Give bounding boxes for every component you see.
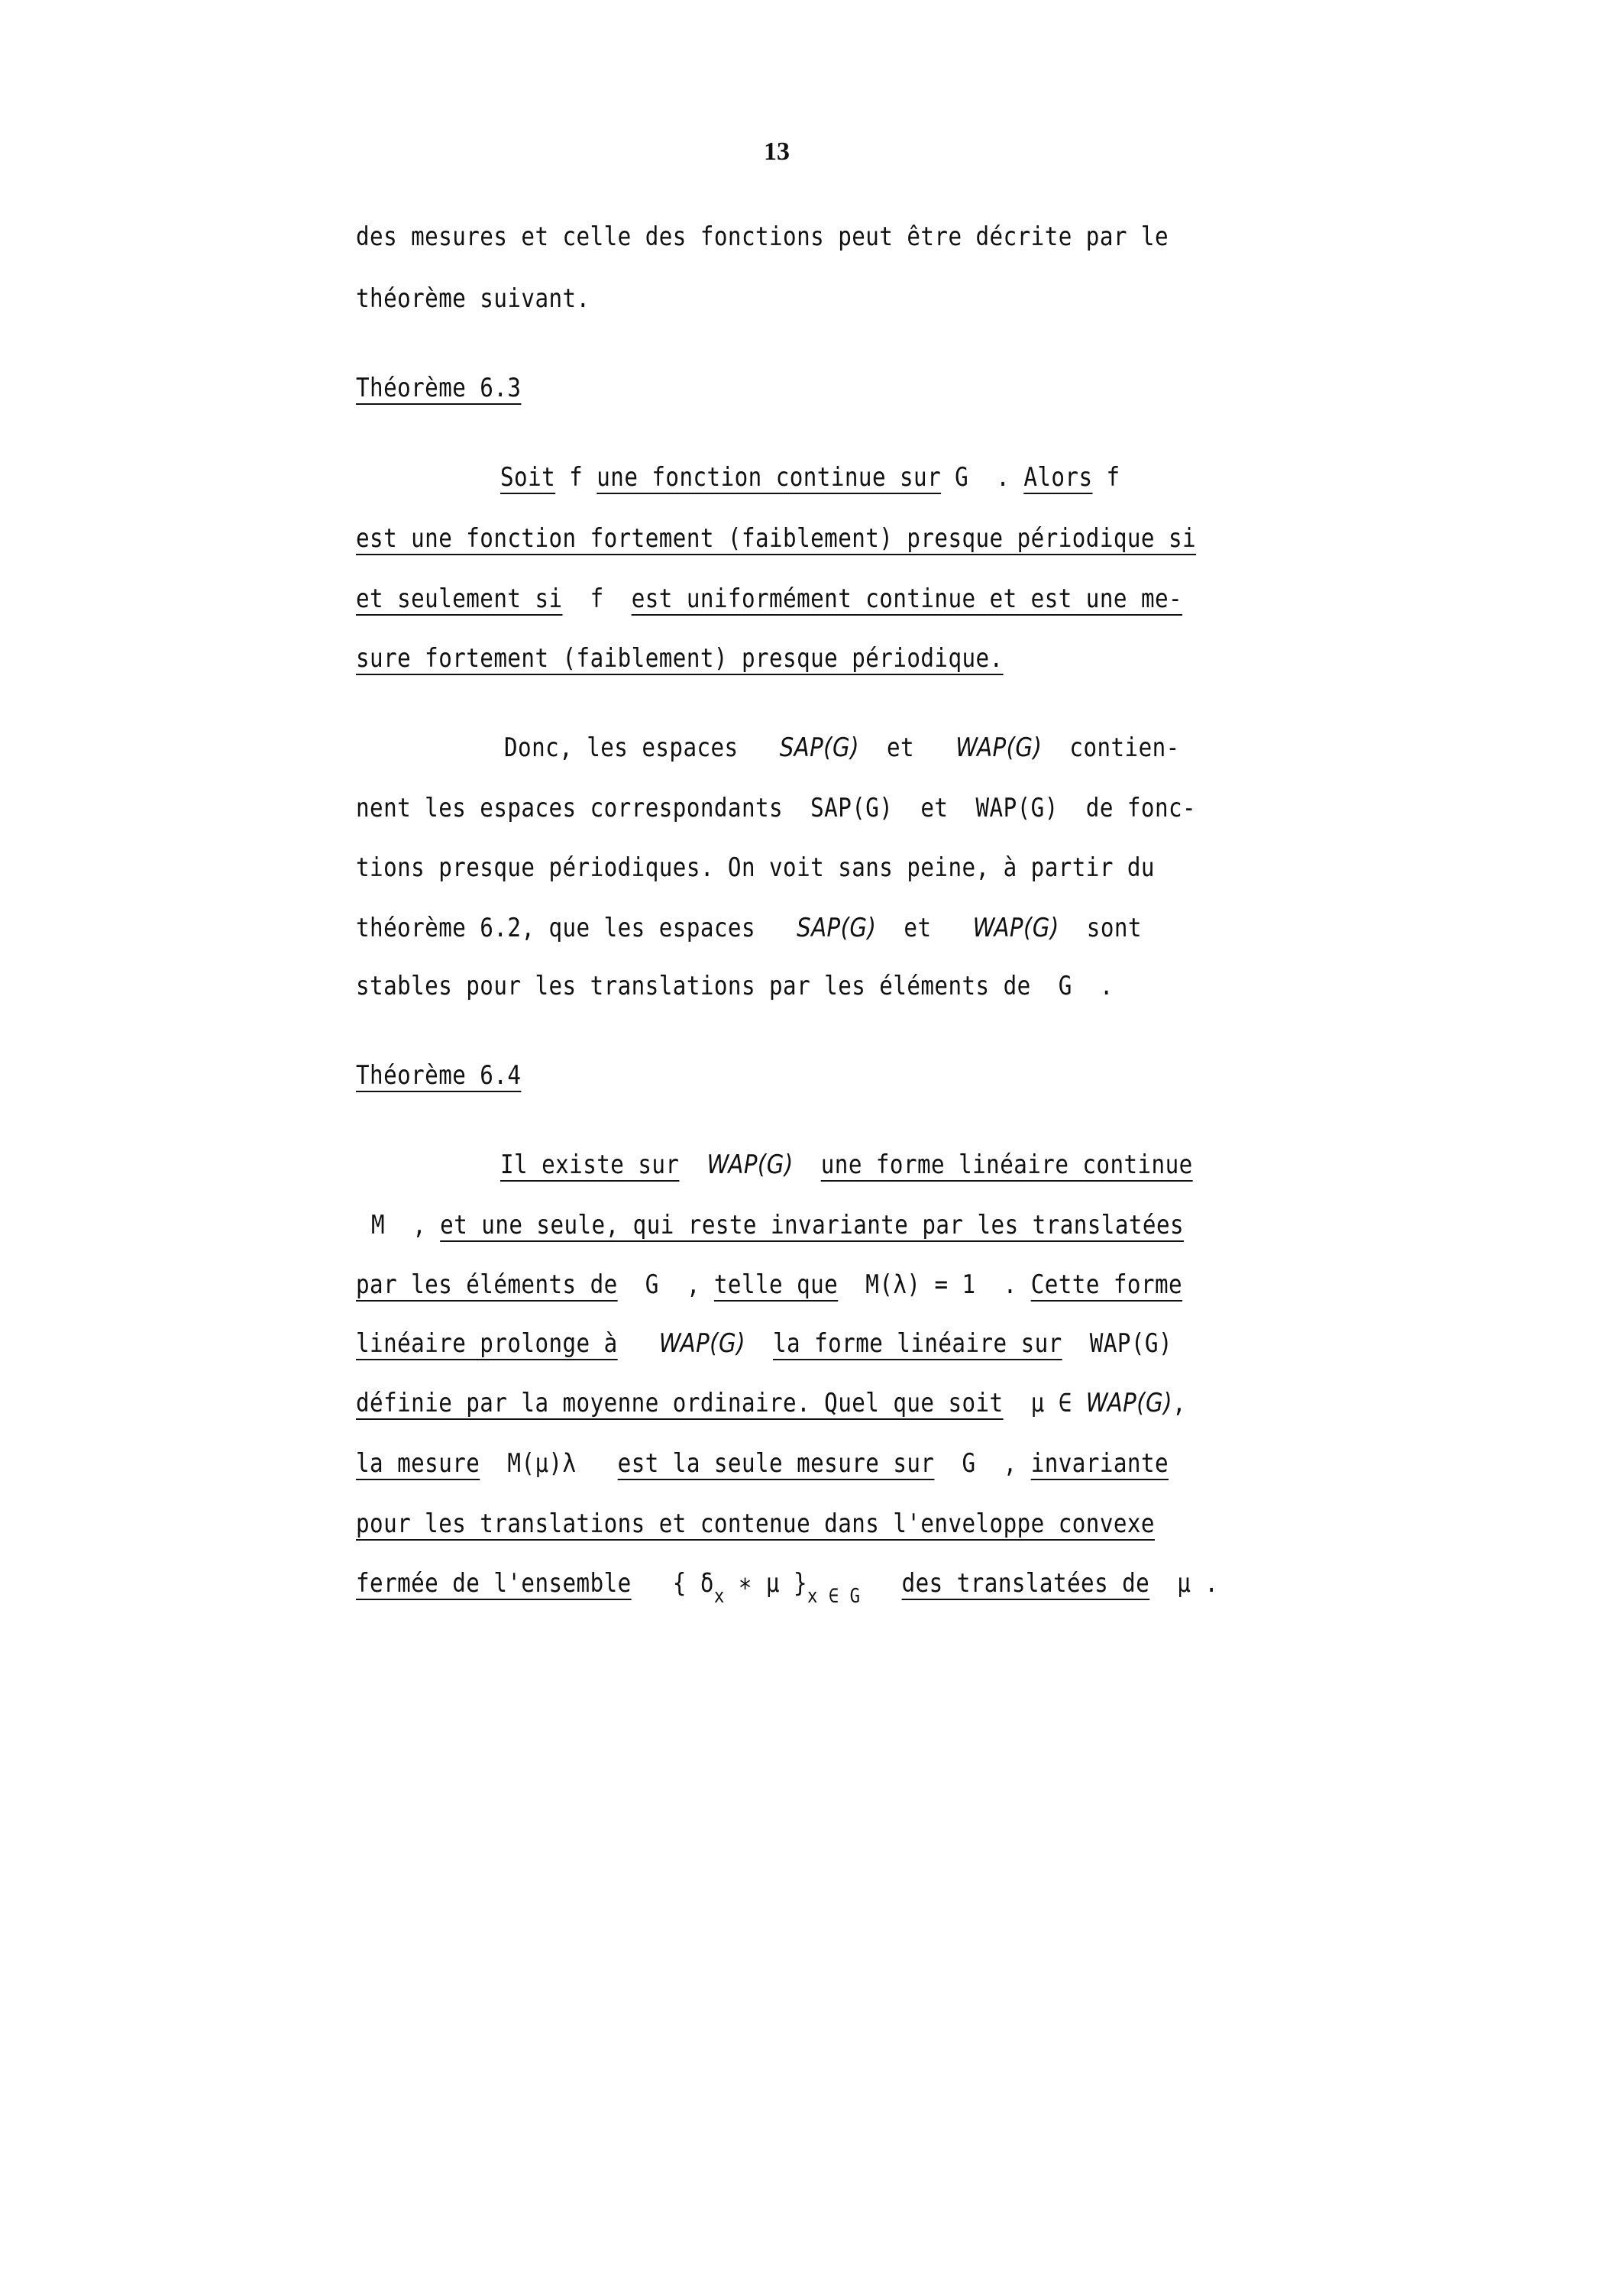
- text-line: est une fonction fortement (faiblement) …: [356, 523, 1196, 554]
- text-line: des mesures et celle des fonctions peut …: [356, 222, 1169, 252]
- text-line: fermée de l'ensemble { δx ∗ μ }x ∈ G des…: [356, 1568, 1218, 1601]
- text-line: Soit f une fonction continue sur G . Alo…: [500, 462, 1120, 493]
- text-line: tions presque périodiques. On voit sans …: [356, 852, 1155, 883]
- text-line: et seulement si f est uniformément conti…: [356, 584, 1182, 614]
- text-line: définie par la moyenne ordinaire. Quel q…: [356, 1388, 1186, 1418]
- text-line: stables pour les translations par les él…: [356, 971, 1114, 1001]
- text-line: par les éléments de G , telle que M(λ) =…: [356, 1269, 1182, 1300]
- text-line: la mesure M(μ)λ est la seule mesure sur …: [356, 1448, 1169, 1479]
- text-line: théorème 6.2, que les espaces SAP(G) et …: [356, 913, 1142, 943]
- page-number: 13: [764, 137, 790, 167]
- text-line: théorème suivant.: [356, 283, 590, 314]
- theorem-heading: Théorème 6.4: [356, 1060, 521, 1091]
- theorem-heading: Théorème 6.3: [356, 373, 521, 403]
- text-line: M , et une seule, qui reste invariante p…: [371, 1210, 1184, 1240]
- text-line: Il existe sur WAP(G) une forme linéaire …: [500, 1150, 1193, 1180]
- text-line: linéaire prolonge à WAP(G) la forme liné…: [356, 1328, 1172, 1359]
- text-line: Donc, les espaces SAP(G) et WAP(G) conti…: [504, 732, 1180, 763]
- text-line: sure fortement (faiblement) presque péri…: [356, 643, 1004, 674]
- text-line: pour les translations et contenue dans l…: [356, 1509, 1155, 1539]
- text-line: nent les espaces correspondants SAP(G) e…: [356, 793, 1196, 823]
